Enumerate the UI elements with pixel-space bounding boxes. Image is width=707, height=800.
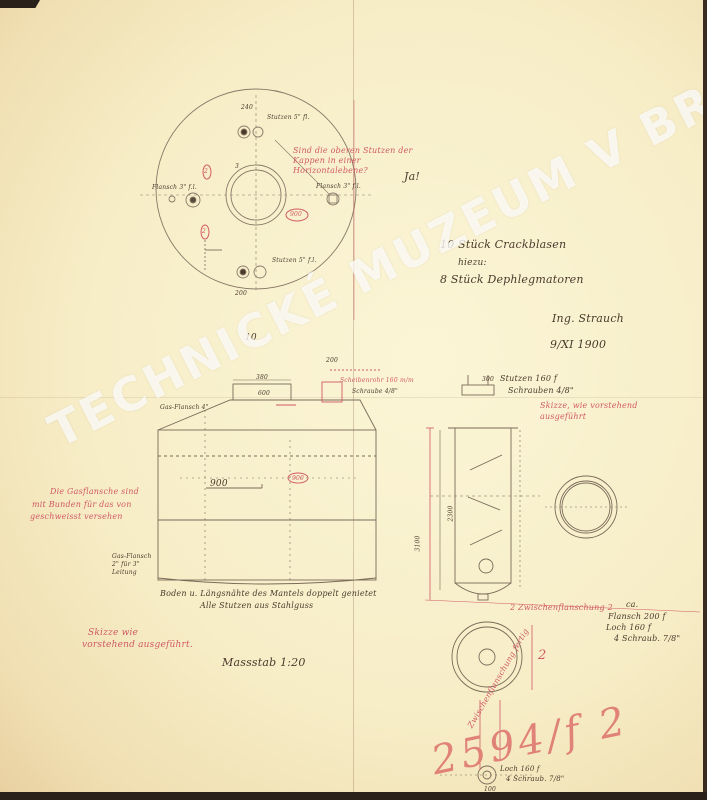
- scan-edge-right: [703, 0, 707, 800]
- deph-schrauben-note: Schrauben 4/8": [508, 386, 574, 395]
- signature-date: 9/XI 1900: [550, 338, 606, 351]
- dim-200: 200: [235, 290, 247, 297]
- dim-900: 900: [210, 479, 228, 489]
- scale-note: Massstab 1:20: [222, 656, 306, 669]
- left-red-line-1: Die Gasflansche sind: [50, 487, 139, 496]
- section-view-round: [545, 476, 630, 538]
- spec-schraub: 4 Schraub. 7/8": [614, 634, 680, 643]
- red-circled-900: 900: [290, 211, 302, 218]
- answer-ja: Ja!: [404, 170, 420, 183]
- spec-flansch: Flansch 200 f: [608, 612, 666, 621]
- mark-3: 3: [235, 163, 239, 170]
- dim-380: 380: [256, 374, 268, 381]
- deph-dim-2300: 2300: [448, 505, 455, 521]
- drawing-sheet: 240 Stutzen 5" fl. Flansch 3" f.l. Flans…: [0, 0, 707, 800]
- dim-240: 240: [241, 104, 253, 111]
- spec-loch: Loch 160 f: [606, 623, 651, 632]
- bottom-flange-schraub: 4 Schraub. 7/8": [506, 775, 564, 783]
- caption-stahlguss: Alle Stutzen aus Stahlguss: [200, 601, 313, 610]
- bottom-left-red-1: Skizze wie: [88, 628, 138, 638]
- signature: Ing. Strauch: [552, 312, 624, 325]
- deph-red-sketch-note: Skizze, wie vorstehend ausgeführt: [540, 400, 670, 422]
- order-line-2: hiezu:: [458, 258, 487, 268]
- left-red-line-2: mit Bunden für das von: [32, 500, 132, 509]
- note-schraube: Schraube 4/8": [352, 388, 398, 395]
- red-note-scheibenrohr: Scheibenrohr 160 m/m: [340, 377, 414, 384]
- dim-200-side: 200: [326, 357, 338, 364]
- label-gas-flansch-bottom: Gas-Flansch 2" für 3" Leitung: [112, 553, 152, 577]
- scan-edge-bottom: [0, 792, 707, 800]
- red-circled-2b: 2: [202, 228, 206, 235]
- left-red-line-3: geschweisst versehen: [30, 512, 123, 521]
- dephlegmator-side-view: [430, 375, 540, 600]
- caption-rivets: Boden u. Längsnähte des Mantels doppelt …: [160, 589, 377, 598]
- label-stutzen-top: Stutzen 5" fl.: [267, 114, 310, 121]
- deph-top-300: 300: [482, 376, 494, 383]
- deph-zwischenflansch-note: 2 Zwischenflanschung 2: [510, 603, 613, 612]
- deph-stutzen-note: Stutzen 160 f: [500, 374, 557, 383]
- bottom-left-red-2: vorstehend ausgeführt.: [82, 640, 193, 650]
- flange-dim-2: 2: [538, 648, 546, 663]
- label-flansch-right: Flansch 3" f.l.: [316, 183, 361, 190]
- dim-600: 600: [258, 390, 270, 397]
- dephlegmator-red-dims: [425, 428, 700, 612]
- deph-dim-3100: 3100: [415, 535, 422, 551]
- red-circled-900-side: 900: [292, 475, 304, 482]
- scan-edge-top-left: [0, 0, 40, 8]
- spec-ca: ca.: [626, 600, 638, 609]
- label-flansch-left: Flansch 3" f.l.: [152, 184, 197, 191]
- order-line-3: 8 Stück Dephlegmatoren: [440, 273, 584, 286]
- label-stutzen-bottom: Stutzen 5" f.l.: [272, 257, 317, 264]
- tank-red-marks: [276, 370, 380, 483]
- red-circled-2a: 2: [204, 168, 208, 175]
